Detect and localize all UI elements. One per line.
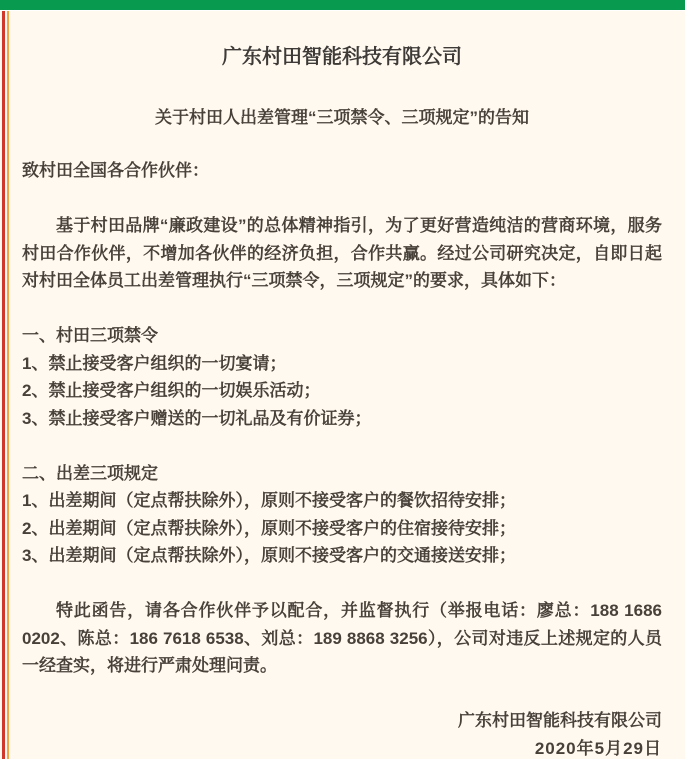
section-heading-regulations: 二、出差三项规定 xyxy=(22,460,662,488)
list-item: 3、禁止接受客户赠送的一切礼品及有价证券； xyxy=(22,405,662,433)
notice-subtitle: 关于村田人出差管理“三项禁令、三项规定”的告知 xyxy=(22,104,662,132)
article-page: 广东村田智能科技有限公司 关于村田人出差管理“三项禁令、三项规定”的告知 致村田… xyxy=(0,0,685,771)
list-item: 2、出差期间（定点帮扶除外），原则不接受客户的住宿接待安排； xyxy=(22,515,662,543)
signature-date: 2020年5月29日 xyxy=(22,735,662,763)
top-accent-bar xyxy=(0,0,685,10)
list-item: 1、出差期间（定点帮扶除外），原则不接受客户的餐饮招待安排； xyxy=(22,487,662,515)
salutation: 致村田全国各合作伙伴： xyxy=(22,157,662,185)
document-content: 广东村田智能科技有限公司 关于村田人出差管理“三项禁令、三项规定”的告知 致村田… xyxy=(0,11,685,759)
list-item: 2、禁止接受客户组织的一切娱乐活动； xyxy=(22,377,662,405)
company-title: 广东村田智能科技有限公司 xyxy=(22,43,662,71)
section-prohibitions: 一、村田三项禁令 1、禁止接受客户组织的一切宴请； 2、禁止接受客户组织的一切娱… xyxy=(22,322,662,432)
list-item: 3、出差期间（定点帮扶除外），原则不接受客户的交通接送安排； xyxy=(22,542,662,570)
list-item: 1、禁止接受客户组织的一切宴请； xyxy=(22,350,662,378)
section-heading-prohibitions: 一、村田三项禁令 xyxy=(22,322,662,350)
section-regulations: 二、出差三项规定 1、出差期间（定点帮扶除外），原则不接受客户的餐饮招待安排； … xyxy=(22,460,662,570)
notice-document: 广东村田智能科技有限公司 关于村田人出差管理“三项禁令、三项规定”的告知 致村田… xyxy=(0,11,685,759)
intro-paragraph: 基于村田品牌“廉政建设”的总体精神指引，为了更好营造纯洁的营商环境，服务村田合作… xyxy=(22,212,662,295)
signature-company: 广东村田智能科技有限公司 xyxy=(22,707,662,735)
closing-paragraph: 特此函告，请各合作伙伴予以配合，并监督执行（举报电话：廖总：188 1686 0… xyxy=(22,597,662,680)
